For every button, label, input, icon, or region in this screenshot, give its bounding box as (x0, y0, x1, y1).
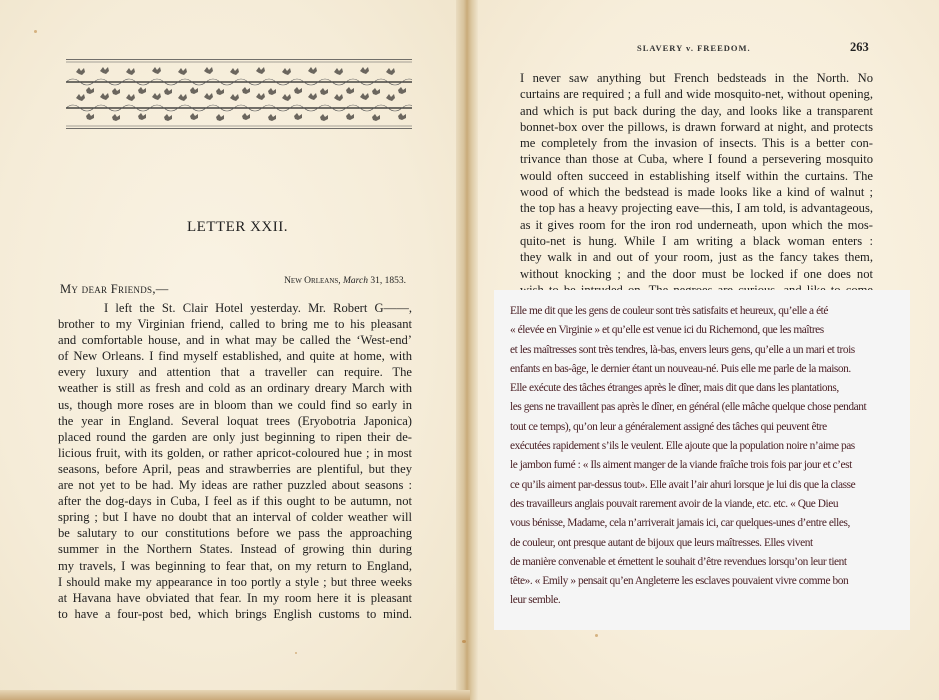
text-line: the year in England. Several loquat tree… (58, 413, 412, 429)
translation-overlay-box: Elle me dit que les gens de couleur sont… (494, 290, 910, 630)
ornamental-vine-border-icon (66, 58, 412, 130)
translation-line: de manière convenable et émettent le sou… (510, 553, 902, 572)
right-page-body: I never saw anything but French bedstead… (520, 70, 873, 298)
dateline-place: New Orleans, (284, 276, 341, 286)
page-edge (0, 690, 470, 700)
text-line: to have a four-post bed, which brings En… (58, 606, 412, 622)
text-line: as it gives room for the iron rod undern… (520, 217, 873, 233)
text-line: wood of which the bedstead is made looks… (520, 184, 873, 200)
paper-foxing-spot (595, 634, 598, 637)
translation-line: de couleur, ont presque autant de bijoux… (510, 534, 902, 553)
translation-text: Elle me dit que les gens de couleur sont… (510, 302, 902, 611)
text-line: be salutary to our constitutions before … (58, 525, 412, 541)
text-line: my travels, I was beginning to fear that… (58, 558, 412, 574)
paper-foxing-spot (295, 652, 297, 654)
paper-foxing-spot (462, 640, 466, 643)
text-line: of New Orleans. I find myself establishe… (58, 348, 412, 364)
translation-line: exécutées rapidement s’ils le veulent. E… (510, 437, 902, 456)
text-line: licious fruit, with its golden, or rathe… (58, 445, 412, 461)
book-spread: LETTER XXII. New Orleans, March 31, 1853… (0, 0, 939, 700)
text-line: seasons, before April, peas and strawber… (58, 461, 412, 477)
text-line: at Havana have obviated that fear. In my… (58, 590, 412, 606)
translation-line: enfants en bas-âge, le dernier étant un … (510, 360, 902, 379)
chapter-title: LETTER XXII. (60, 219, 415, 236)
text-line: I left the St. Clair Hotel yesterday. Mr… (58, 300, 412, 316)
paper-foxing-spot (34, 30, 37, 33)
text-line: would often succeed in establishing itse… (520, 168, 873, 184)
text-line: me completely from the invasion of insec… (520, 135, 873, 151)
text-line: and which is put back during the day, an… (520, 103, 873, 119)
dateline-month: March (343, 276, 368, 286)
dateline: New Orleans, March 31, 1853. (200, 276, 406, 286)
text-line: and comfortable house, and in what may b… (58, 332, 412, 348)
translation-line: tête». « Emily » pensait qu’en Angleterr… (510, 572, 902, 591)
text-line: summer in the Northern States. Instead o… (58, 541, 412, 557)
translation-line: vous bénisse, Madame, cela n’arriverait … (510, 514, 902, 533)
translation-line: les gens ne travaillent pas après le dîn… (510, 398, 902, 417)
text-line: they walk in and out of your room, just … (520, 249, 873, 265)
page-number: 263 (850, 40, 869, 55)
running-head: SLAVERY v. FREEDOM. (637, 43, 751, 53)
text-line: are not yet to be had. My ideas are rath… (58, 477, 412, 493)
text-line: us, though more roses are in bloom than … (58, 397, 412, 413)
translation-line: tout ce temps), qu’on leur a généralemen… (510, 418, 902, 437)
translation-line: Elle exécute des tâches étranges après l… (510, 379, 902, 398)
text-line: after the dog-days in Cuba, I feel as if… (58, 493, 412, 509)
text-line: I should make my appearance in too portl… (58, 574, 412, 590)
text-line: curtains are required ; a full and wide … (520, 86, 873, 102)
translation-line: Elle me dit que les gens de couleur sont… (510, 302, 902, 321)
translation-line: et les maîtresses sont très tendres, là-… (510, 341, 902, 360)
translation-line: des travailleurs anglais pouvait raremen… (510, 495, 902, 514)
translation-line: ce qu’ils aiment par-dessus tout». Elle … (510, 476, 902, 495)
book-gutter (456, 0, 478, 700)
text-line: placed round the garden are only just be… (58, 429, 412, 445)
text-line: every luxury and attention that a travel… (58, 364, 412, 380)
text-line: weather is still as fresh and cold as an… (58, 380, 412, 396)
text-line: bonnet-box over the pillows, is drawn fo… (520, 119, 873, 135)
text-line: I never saw anything but French bedstead… (520, 70, 873, 86)
translation-line: « élevée en Virginie » et qu’elle est ve… (510, 321, 902, 340)
text-line: the top has a heavy projecting eave—this… (520, 200, 873, 216)
translation-line: le jambon fumé : « Ils aiment manger de … (510, 456, 902, 475)
text-line: trivance than those at Cuba, where I fou… (520, 151, 873, 167)
salutation: My dear Friends,— (60, 282, 169, 297)
dateline-day-year: 31, 1853. (368, 276, 406, 286)
text-line: quito-net is hung. While I am writing a … (520, 233, 873, 249)
left-page-body: I left the St. Clair Hotel yesterday. Mr… (58, 300, 412, 622)
translation-line: leur semble. (510, 591, 902, 610)
text-line: spring ; but I have no doubt that an int… (58, 509, 412, 525)
text-line: without knocking ; and the door must be … (520, 266, 873, 282)
text-line: brother to my Virginian friend, called t… (58, 316, 412, 332)
